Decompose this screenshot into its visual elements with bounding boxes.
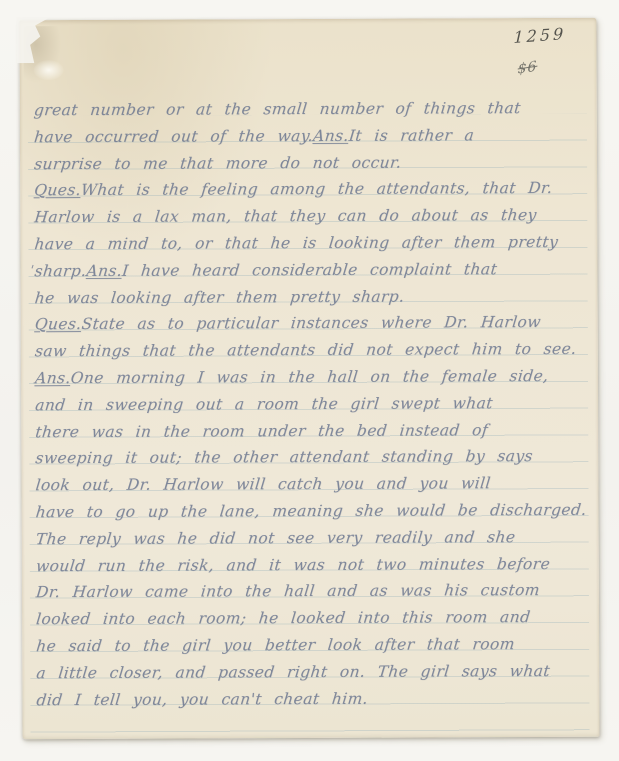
- paper-blemish: [34, 60, 64, 80]
- manuscript-line: have occurred out of the way. Ans. It is…: [33, 119, 592, 148]
- manuscript-line: looked into each room; he looked into th…: [35, 601, 594, 630]
- manuscript-line: sharp. Ans. I have heard considerable co…: [34, 253, 593, 282]
- archival-mark: $6: [518, 59, 538, 78]
- manuscript-line: a little closer, and passed right on. Th…: [35, 654, 594, 683]
- manuscript-line: saw things that the attendants did not e…: [34, 333, 593, 362]
- manuscript-line: have a mind to, or that he is looking af…: [33, 226, 592, 255]
- manuscript-line: Dr. Harlow came into the hall and as was…: [35, 574, 594, 603]
- manuscript-line: Harlow is a lax man, that they can do ab…: [33, 199, 592, 228]
- manuscript-line: sweeping it out; the other attendant sta…: [34, 440, 593, 469]
- manuscript-line: The reply was he did not see very readil…: [35, 521, 594, 550]
- manuscript-line: look out, Dr. Harlow will catch you and …: [35, 467, 594, 496]
- manuscript-line: would run the risk, and it was not two m…: [35, 547, 594, 576]
- manuscript-line: surprise to me that more do not occur.: [33, 145, 592, 174]
- manuscript-line: he said to the girl you better look afte…: [35, 628, 594, 657]
- underlined-abbreviation: Ques.: [33, 181, 82, 199]
- underlined-abbreviation: Ans.: [312, 126, 349, 144]
- underlined-abbreviation: Ans.: [34, 369, 71, 387]
- handwritten-text-block: great number or at the small number of t…: [33, 92, 592, 711]
- manuscript-line: great number or at the small number of t…: [33, 92, 592, 121]
- manuscript-line: have to go up the lane, meaning she woul…: [35, 494, 594, 523]
- manuscript-line: Ques. State as to particular instances w…: [34, 306, 593, 335]
- underlined-abbreviation: Ques.: [34, 315, 83, 333]
- scanned-document-background: 1259 $6 ' great number or at the small n…: [0, 0, 619, 761]
- manuscript-page: 1259 $6 ' great number or at the small n…: [19, 18, 599, 740]
- page-number: 1259: [513, 24, 566, 47]
- manuscript-line: and in sweeping out a room the girl swep…: [34, 387, 593, 416]
- manuscript-line: Ans. One morning I was in the hall on th…: [34, 360, 593, 389]
- manuscript-line: he was looking after them pretty sharp.: [34, 279, 593, 308]
- manuscript-line: did I tell you, you can't cheat him.: [35, 681, 594, 710]
- manuscript-line: Ques. What is the feeling among the atte…: [33, 172, 592, 201]
- manuscript-line: there was in the room under the bed inst…: [34, 413, 593, 442]
- underlined-abbreviation: Ans.: [86, 261, 123, 279]
